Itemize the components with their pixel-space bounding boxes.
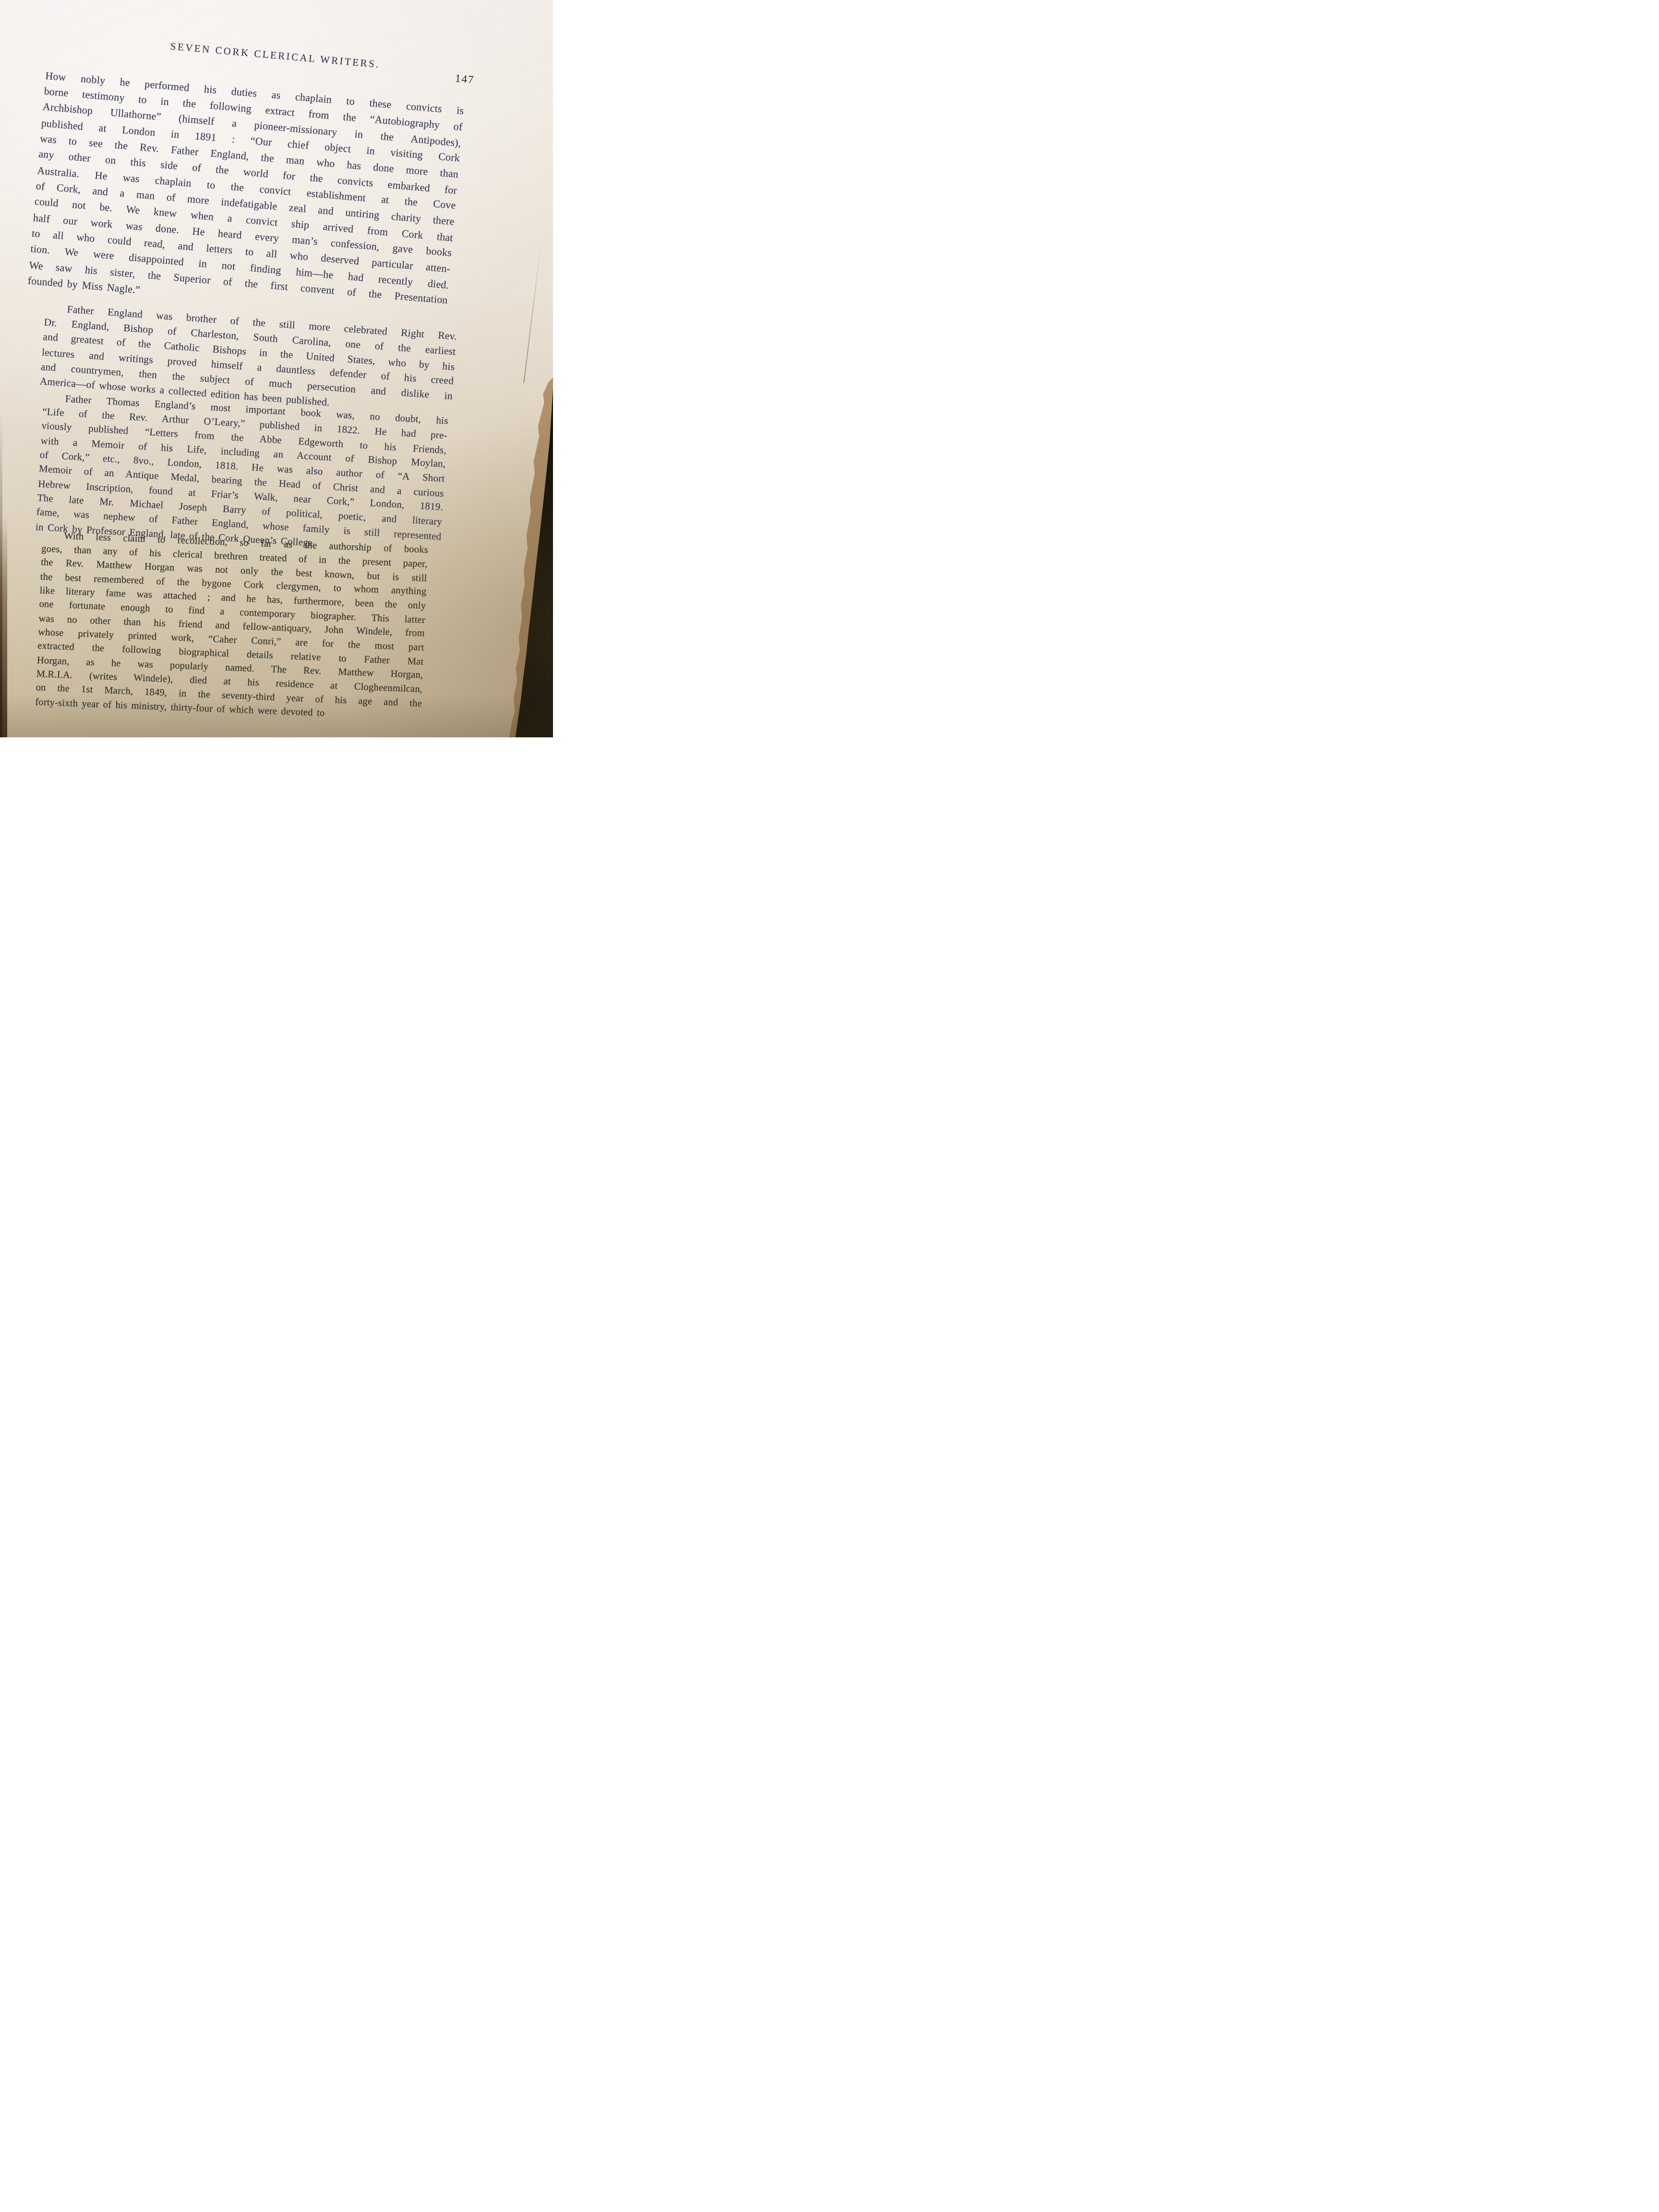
paragraph: With less claim to recollection, so far …	[35, 528, 428, 724]
page-crease	[523, 244, 541, 383]
page-number: 147	[455, 72, 475, 86]
book-page-photo: SEVEN CORK CLERICAL WRITERS. 147 How nob…	[0, 0, 553, 737]
running-header: SEVEN CORK CLERICAL WRITERS.	[170, 40, 396, 72]
paragraph: How nobly he performed his duties as cha…	[27, 67, 465, 324]
left-gutter-shadow-inner	[0, 413, 2, 737]
